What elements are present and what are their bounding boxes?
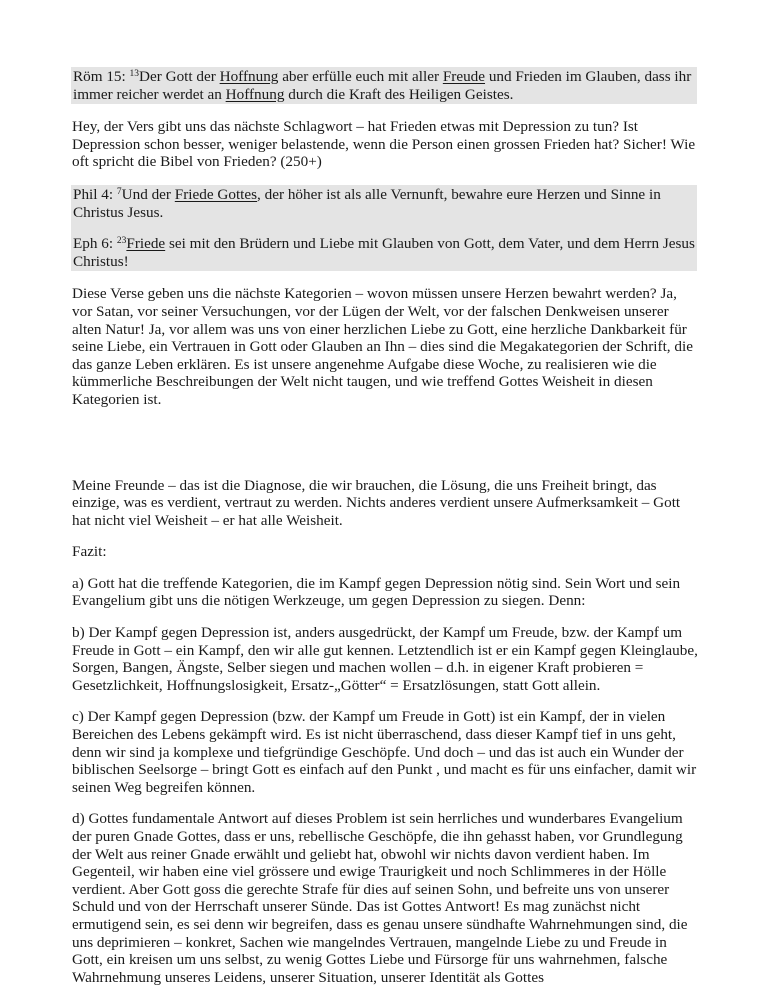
paragraph-friends: Meine Freunde – das ist die Diagnose, di…: [72, 477, 698, 530]
verse-rom15: Röm 15: 13Der Gott der Hoffnung aber erf…: [73, 68, 695, 103]
conclusion-b: b) Der Kampf gegen Depression ist, ander…: [72, 624, 698, 694]
conclusion-a: a) Gott hat die treffende Kategorien, di…: [72, 575, 698, 610]
verse-ref: Eph 6:: [73, 235, 117, 252]
document-page: Röm 15: 13Der Gott der Hoffnung aber erf…: [72, 67, 698, 986]
keyword-freude: Freude: [443, 68, 485, 85]
verse-ref: Röm 15:: [73, 68, 130, 85]
verse-number: 23: [117, 236, 127, 246]
verse-number: 13: [130, 69, 140, 79]
conclusion-c: c) Der Kampf gegen Depression (bzw. der …: [72, 708, 698, 796]
verse-box-rom15: Röm 15: 13Der Gott der Hoffnung aber erf…: [71, 67, 697, 104]
keyword-friede-gottes: Friede Gottes: [175, 186, 257, 203]
keyword-hoffnung: Hoffnung: [226, 86, 285, 103]
verse-box-phil-eph: Phil 4: 7Und der Friede Gottes, der höhe…: [71, 185, 697, 271]
conclusion-d: d) Gottes fundamentale Antwort auf diese…: [72, 810, 698, 986]
keyword-hoffnung: Hoffnung: [220, 68, 279, 85]
heading-fazit: Fazit:: [72, 543, 698, 561]
keyword-friede: Friede: [126, 235, 165, 252]
verse-phil4: Phil 4: 7Und der Friede Gottes, der höhe…: [73, 186, 695, 221]
verse-ref: Phil 4:: [73, 186, 117, 203]
verse-eph6: Eph 6: 23Friede sei mit den Brüdern und …: [73, 235, 695, 270]
paragraph-categories: Diese Verse geben uns die nächste Katego…: [72, 285, 698, 408]
paragraph-intro: Hey, der Vers gibt uns das nächste Schla…: [72, 118, 698, 171]
